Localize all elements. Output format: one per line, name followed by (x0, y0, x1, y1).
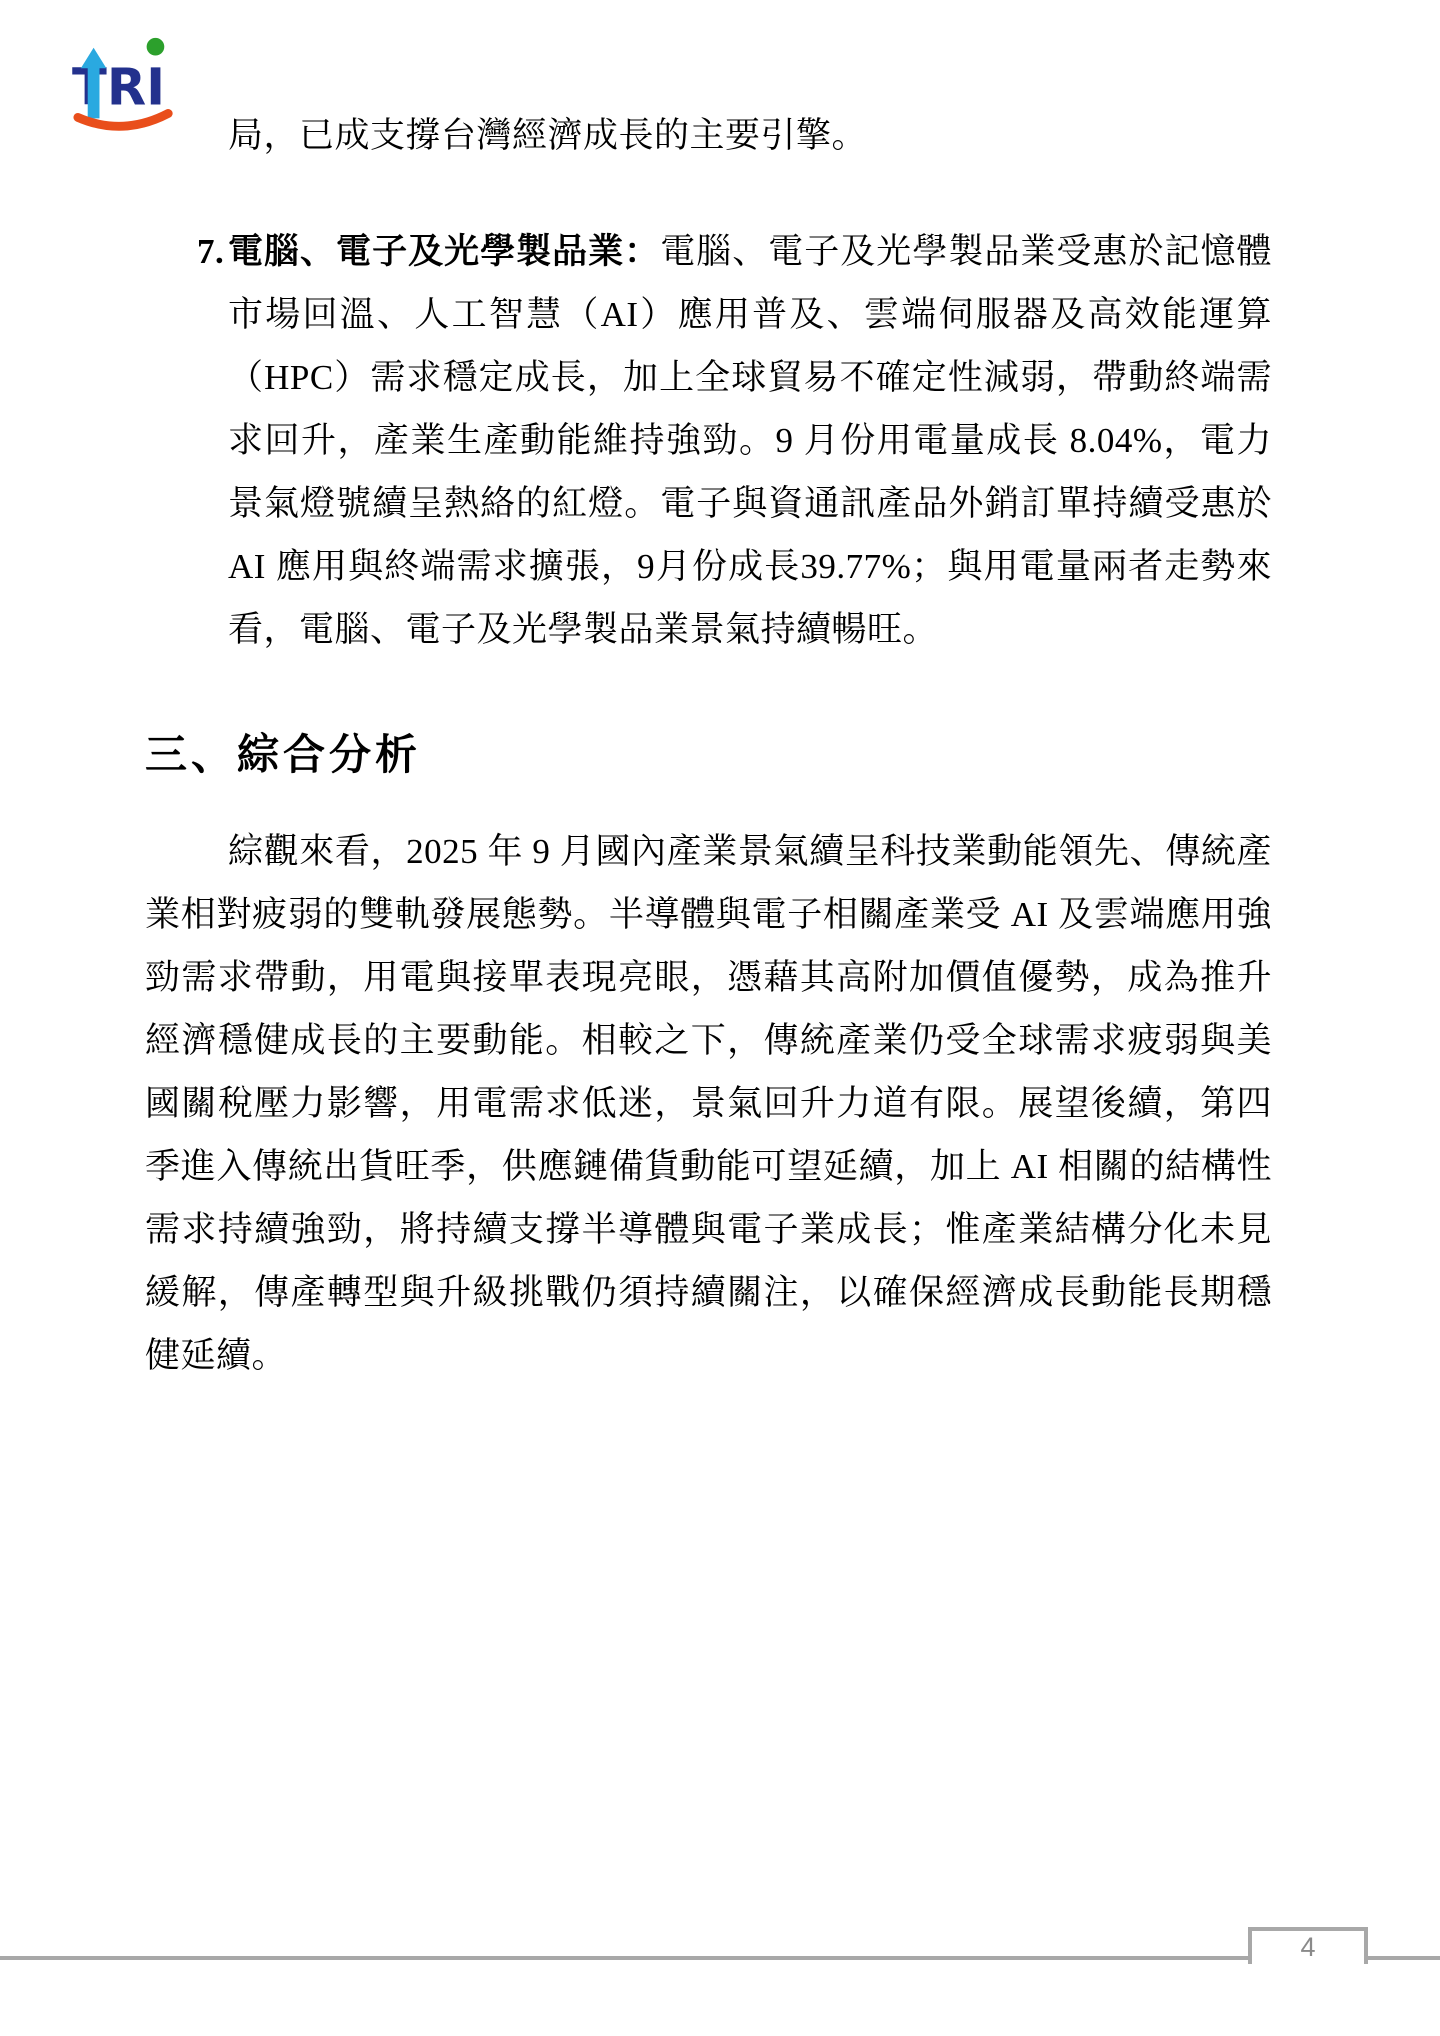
tri-logo-icon: TRI (72, 34, 180, 136)
tri-logo: TRI (72, 34, 180, 136)
list-item-7: 7. 電腦、電子及光學製品業：電腦、電子及光學製品業受惠於記憶體市場回溫、人工智… (145, 220, 1272, 661)
document-page: { "logo": { "text": "TRI", "colors": { "… (0, 0, 1440, 2036)
continuation-sentence: 局，已成支撐台灣經濟成長的主要引擎。 (228, 104, 1278, 167)
list-item-number: 7. (197, 220, 224, 283)
page-number-tab: 4 (1248, 1927, 1368, 1964)
section-heading: 三、綜合分析 (145, 722, 421, 782)
page-number: 4 (1300, 1932, 1315, 1963)
footer-divider (0, 1956, 1440, 1960)
analysis-paragraph: 綜觀來看，2025 年 9 月國內產業景氣續呈科技業動能領先、傳統產業相對疲弱的… (145, 820, 1272, 1387)
list-item-label: 電腦、電子及光學製品業： (228, 232, 660, 271)
list-item-body: 電腦、電子及光學製品業受惠於記憶體市場回溫、人工智慧（AI）應用普及、雲端伺服器… (228, 232, 1272, 649)
green-dot-icon (147, 38, 165, 56)
